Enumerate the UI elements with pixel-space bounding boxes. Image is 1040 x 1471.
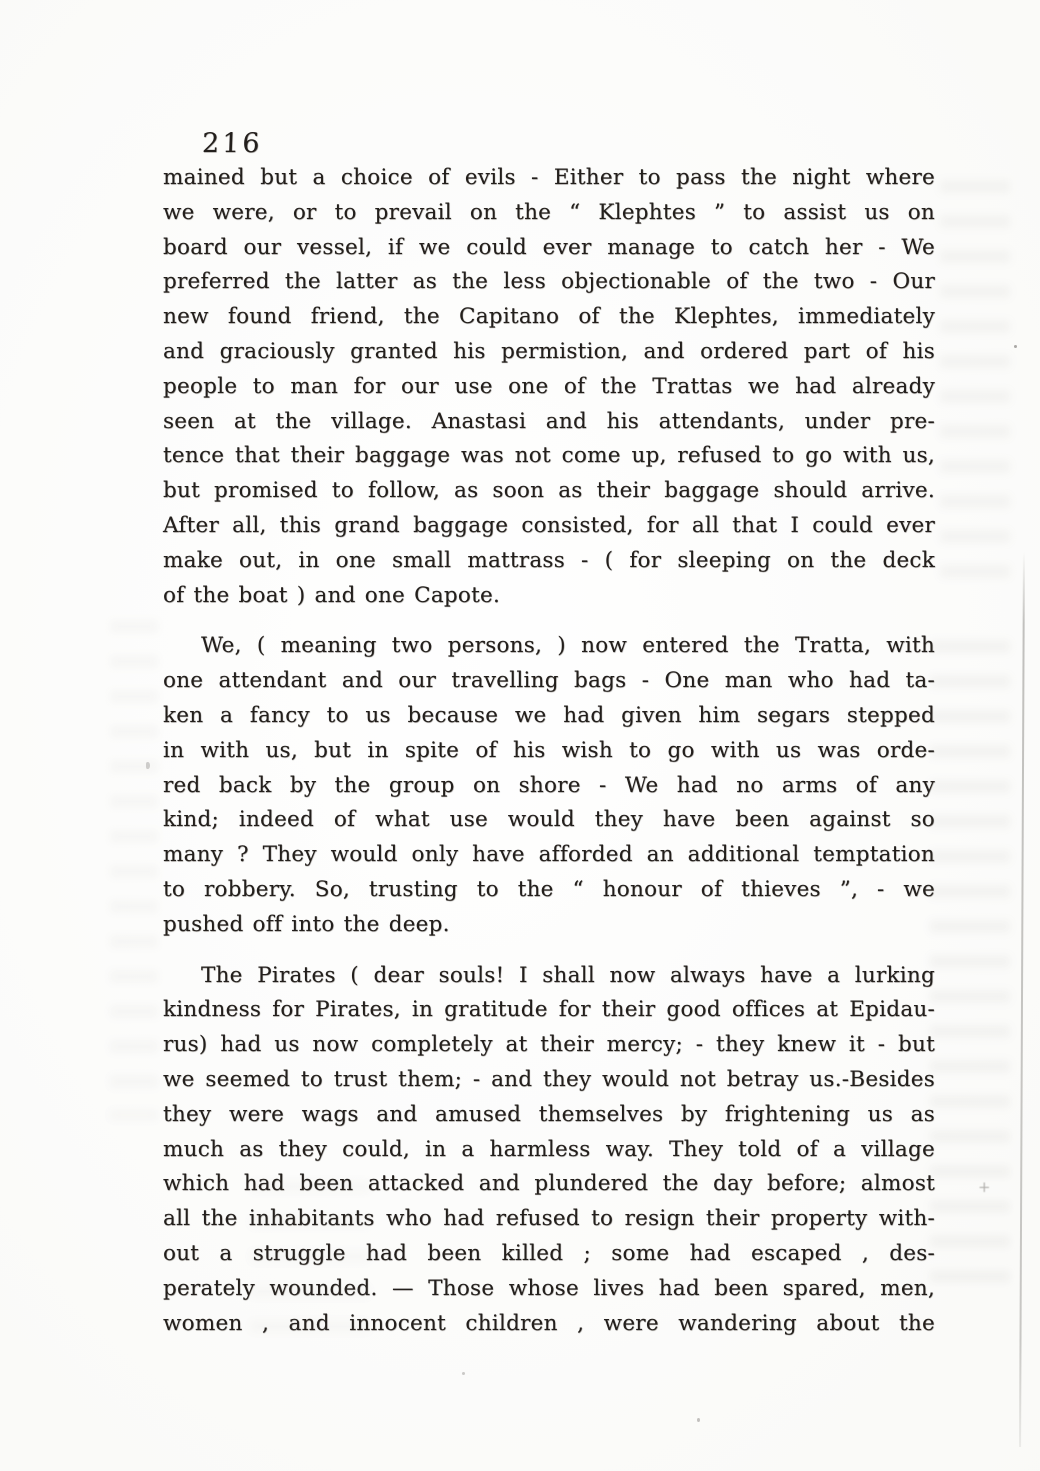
text-line: to robbery. So, trusting to the “ honour… [163,873,935,908]
text-line: new found friend, the Capitano of the Kl… [163,300,935,335]
text-line: in with us, but in spite of his wish to … [163,734,935,769]
scan-bleedthrough-smudge [930,640,1010,1300]
text-line: board our vessel, if we could ever manag… [163,231,935,266]
text-line: We, ( meaning two persons, ) now entered… [163,629,935,664]
paragraph: We, ( meaning two persons, ) now entered… [163,629,935,942]
scanned-book-page: 216 mained but a choice of evils - Eithe… [0,0,1040,1471]
text-line: preferred the latter as the less objecti… [163,265,935,300]
text-line: they were wags and amused themselves by … [163,1098,935,1133]
text-line: we seemed to trust them; - and they woul… [163,1063,935,1098]
text-line: much as they could, in a harmless way. T… [163,1133,935,1168]
text-line: rus) had us now completely at their merc… [163,1028,935,1063]
text-line: kindness for Pirates, in gratitude for t… [163,993,935,1028]
text-line: The Pirates ( dear souls! I shall now al… [163,959,935,994]
text-line: pushed off into the deep. [163,908,935,943]
paragraph: mained but a choice of evils - Either to… [163,161,935,613]
page-text: mained but a choice of evils - Either to… [163,161,935,1341]
text-line: and graciously granted his permistion, a… [163,335,935,370]
text-line: tence that their baggage was not come up… [163,439,935,474]
text-line: kind; indeed of what use would they have… [163,803,935,838]
scan-bleedthrough-smudge [250,1180,370,1340]
page-number: 216 [201,128,263,159]
scan-speck [697,1418,700,1422]
text-line: many ? They would only have afforded an … [163,838,935,873]
text-line: red back by the group on shore - We had … [163,769,935,804]
text-line: ken a fancy to us because we had given h… [163,699,935,734]
text-line: people to man for our use one of the Tra… [163,370,935,405]
scan-bleedthrough-smudge [110,620,158,1120]
text-line: make out, in one small mattrass - ( for … [163,544,935,579]
scan-speck [1014,345,1017,348]
scan-bleedthrough-smudge [940,180,1010,600]
text-line: After all, this grand baggage consisted,… [163,509,935,544]
text-line: seen at the village. Anastasi and his at… [163,405,935,440]
scan-page-edge-line [1019,552,1025,1447]
text-line: we were, or to prevail on the “ Klephtes… [163,196,935,231]
text-line: but promised to follow, as soon as their… [163,474,935,509]
scan-speck [462,1372,465,1375]
text-line: mained but a choice of evils - Either to… [163,161,935,196]
text-line: of the boat ) and one Capote. [163,579,935,614]
text-line: one attendant and our travelling bags - … [163,664,935,699]
